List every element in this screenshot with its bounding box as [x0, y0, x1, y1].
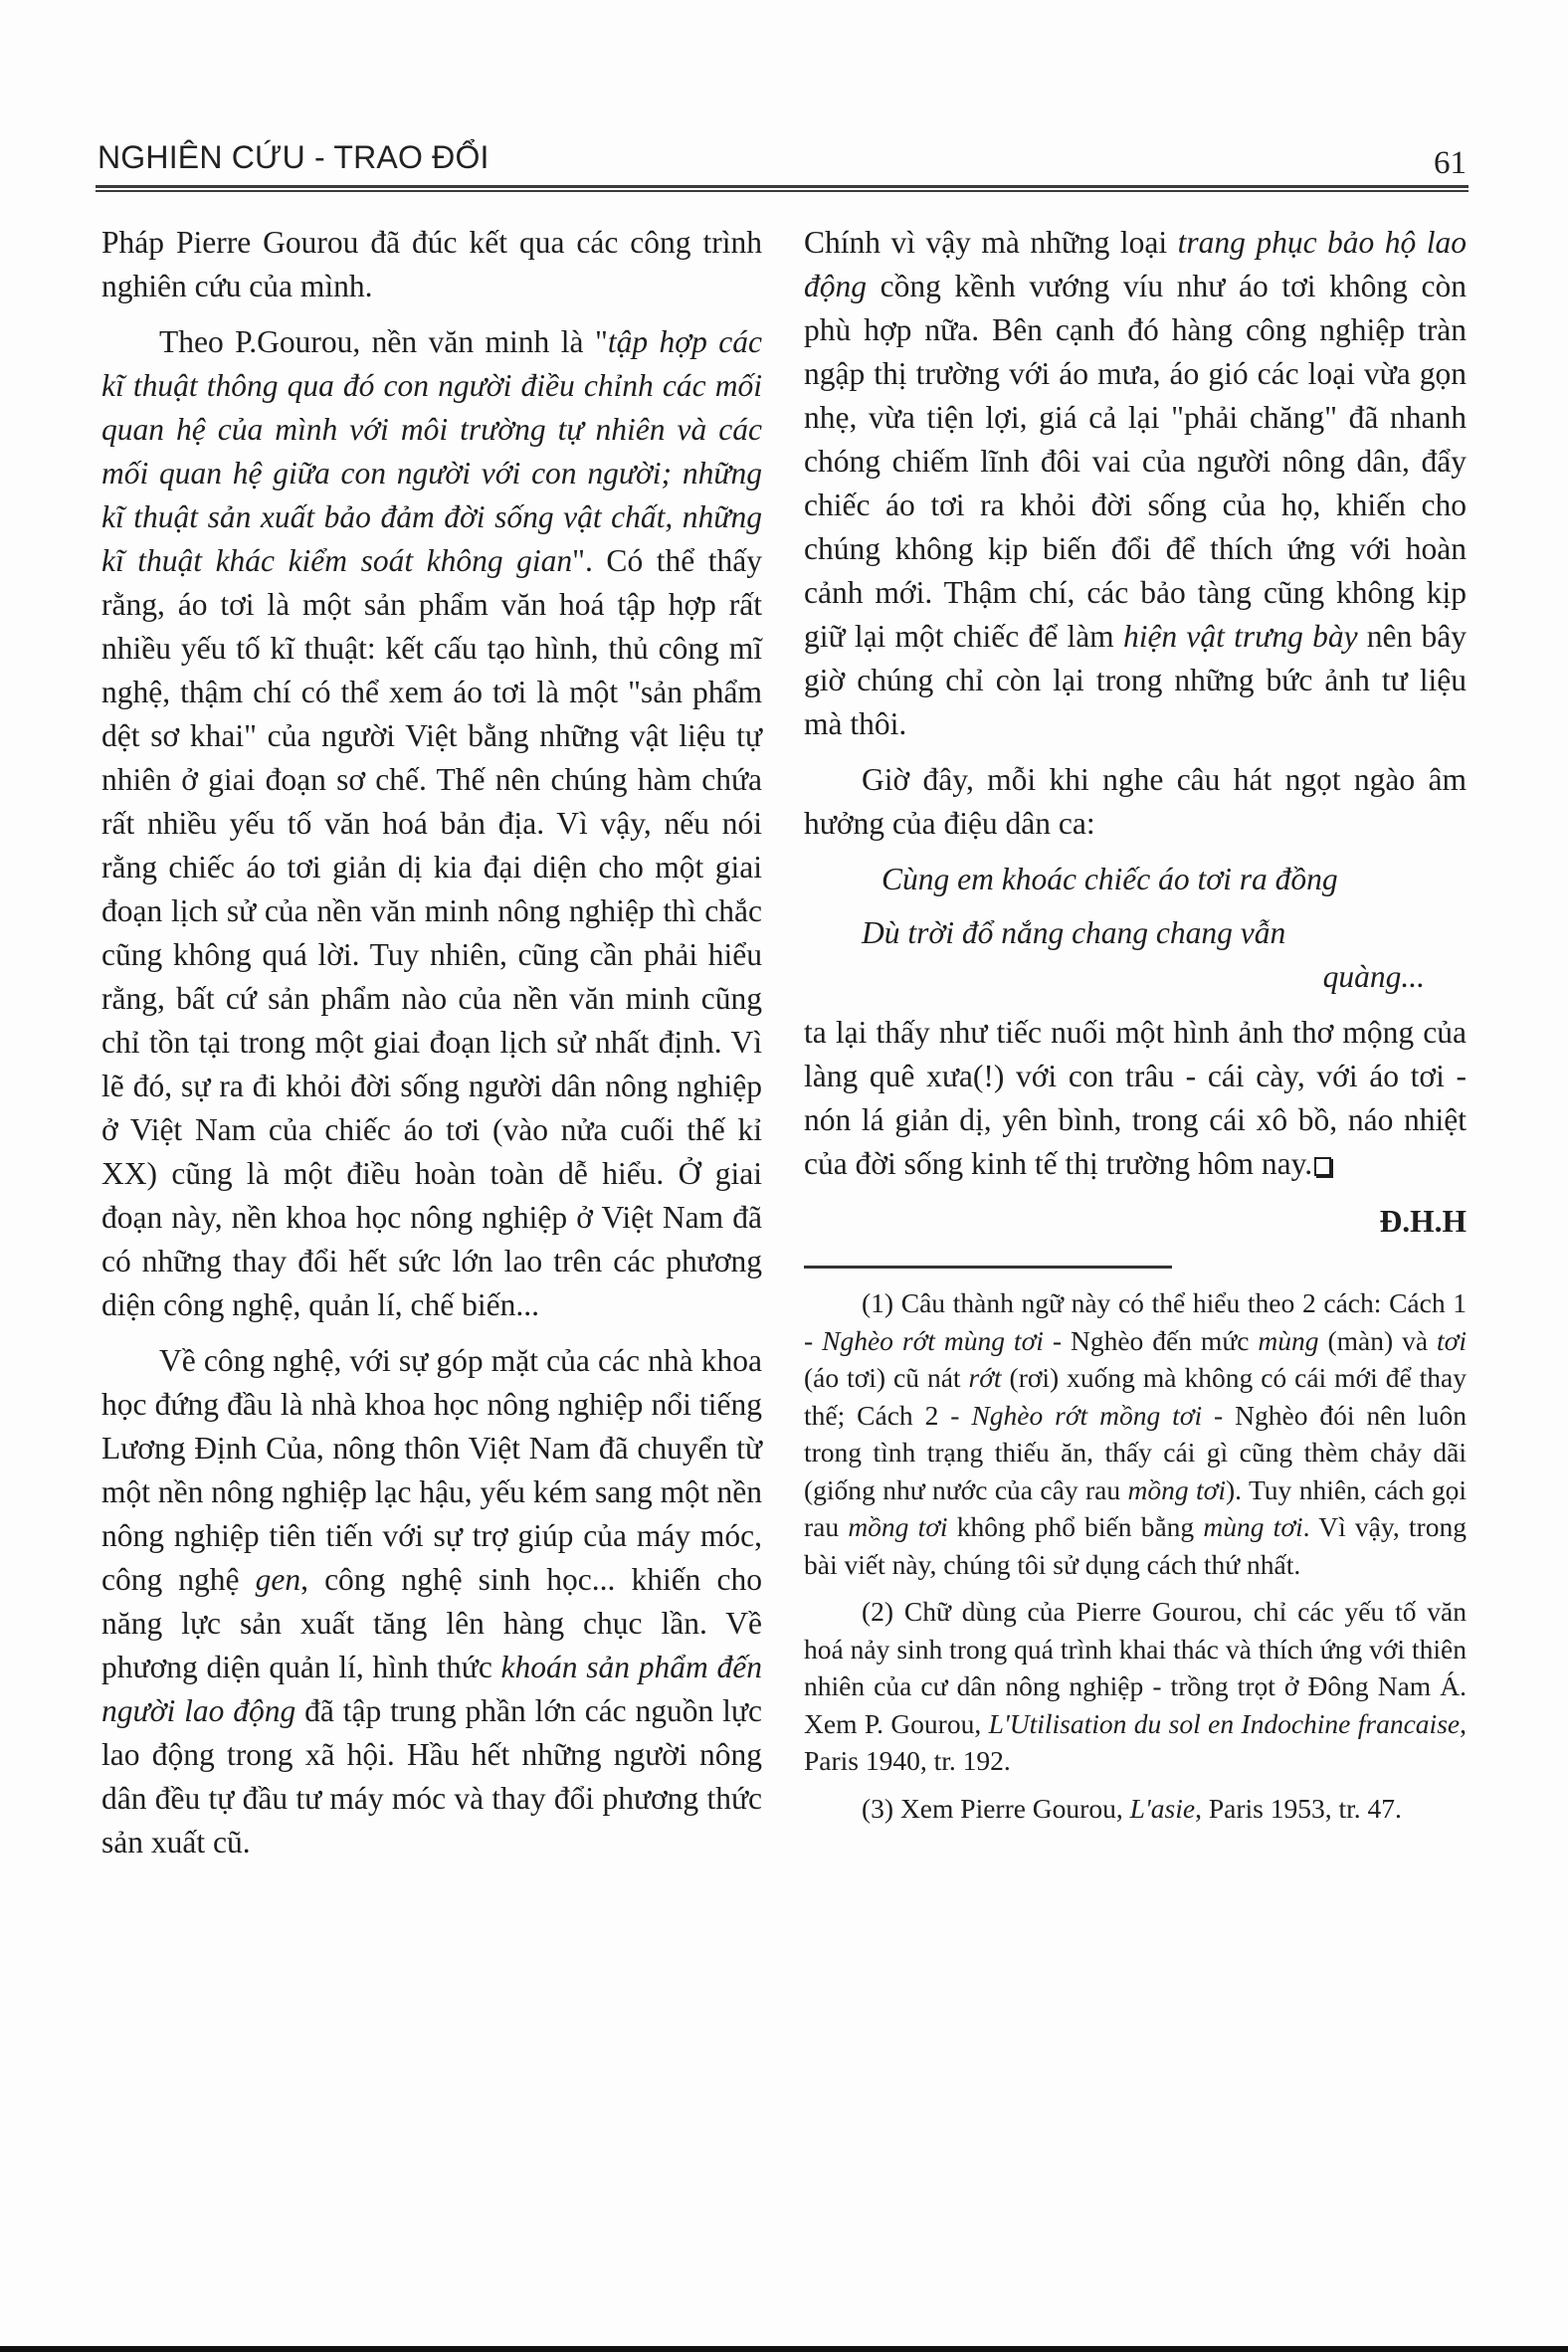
scan-edge-band — [0, 2346, 1568, 2352]
footnote-divider — [804, 1266, 1172, 1269]
paragraph: Giờ đây, mỗi khi nghe câu hát ngọt ngào … — [804, 758, 1467, 846]
paragraph: ta lại thấy như tiếc nuối một hình ảnh t… — [804, 1011, 1467, 1186]
folk-song-verse: Cùng em khoác chiếc áo tơi ra đồng Dù tr… — [804, 858, 1467, 999]
quoted-definition: tập hợp các kĩ thuật thông qua đó con ng… — [101, 324, 762, 578]
author-signature: Đ.H.H — [804, 1200, 1467, 1244]
verse-line: Dù trời đổ nắng chang chang vẫn — [804, 911, 1467, 955]
footnote-3: (3) Xem Pierre Gourou, L'asie, Paris 195… — [804, 1790, 1467, 1828]
header-rule-bottom — [96, 190, 1469, 192]
paragraph: Pháp Pierre Gourou đã đúc kết qua các cô… — [101, 221, 762, 308]
footnotes: (1) Câu thành ngữ này có thể hiểu theo 2… — [804, 1284, 1467, 1827]
header-rule-top — [96, 185, 1469, 188]
paragraph: Chính vì vậy mà những loại trang phục bả… — [804, 221, 1467, 746]
section-title: NGHIÊN CỨU - TRAO ĐỔI — [98, 139, 490, 176]
footnote-1: (1) Câu thành ngữ này có thể hiểu theo 2… — [804, 1284, 1467, 1583]
end-of-article-icon — [1314, 1157, 1331, 1176]
footnote-2: (2) Chữ dùng của Pierre Gourou, chỉ các … — [804, 1593, 1467, 1780]
verse-line: quàng... — [804, 955, 1467, 999]
left-column: Pháp Pierre Gourou đã đúc kết qua các cô… — [101, 221, 762, 1864]
right-column: Chính vì vậy mà những loại trang phục bả… — [804, 221, 1467, 1827]
page-number: 61 — [1434, 145, 1467, 182]
paragraph: Về công nghệ, với sự góp mặt của các nhà… — [101, 1339, 762, 1864]
paragraph: Theo P.Gourou, nền văn minh là "tập hợp … — [101, 320, 762, 1327]
verse-line: Cùng em khoác chiếc áo tơi ra đồng — [804, 858, 1467, 901]
